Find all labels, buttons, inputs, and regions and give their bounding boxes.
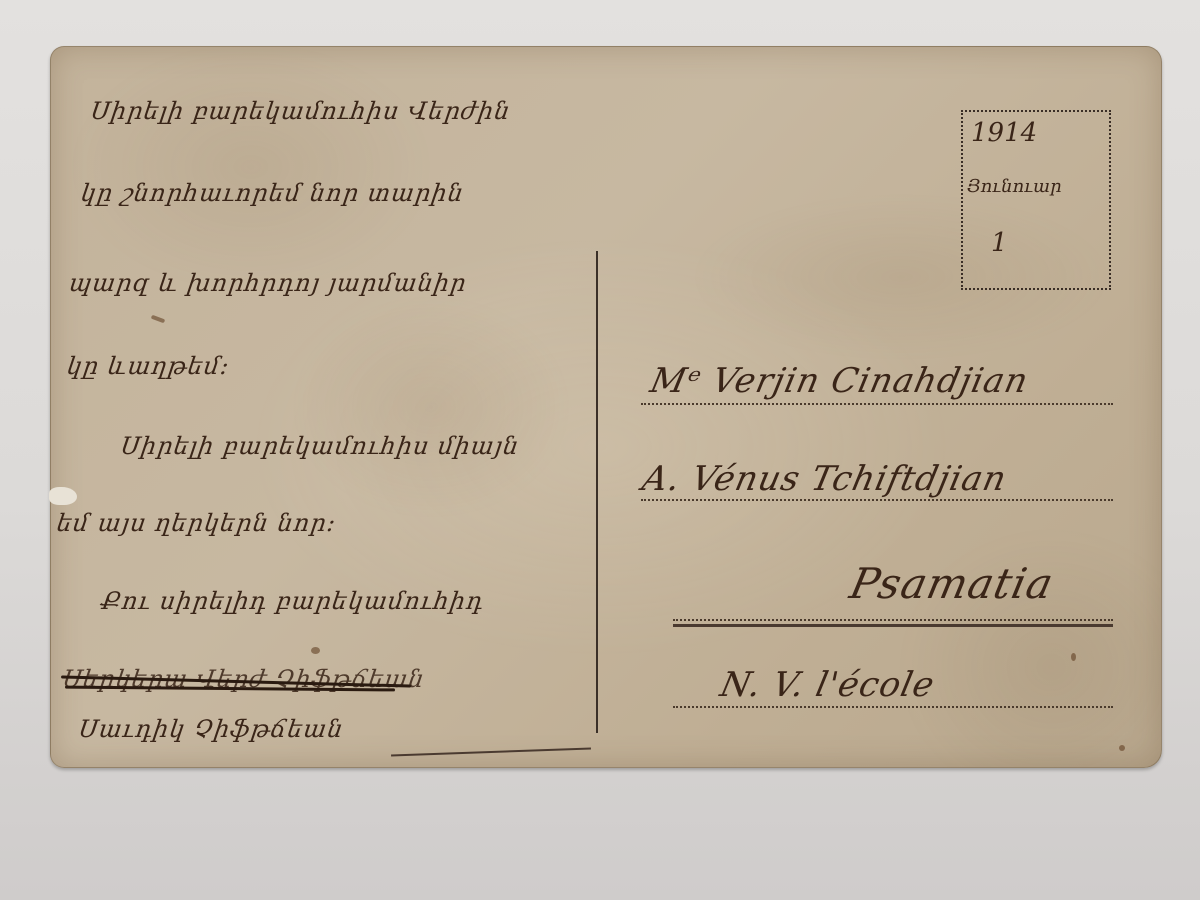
address-line-rule [673, 619, 1113, 621]
address-line-2: A. Vénus Tchiftdjian [639, 459, 1011, 499]
message-line: կը շնորհաւորեմ նոր տարին [79, 179, 466, 207]
year: 1914 [971, 118, 1037, 148]
vertical-divider [596, 251, 598, 733]
address-line-4: N. V. l'école [717, 665, 939, 705]
message-line: Սիրելի բարեկամուհիս Վերժին [89, 97, 513, 125]
day: 1 [991, 228, 1008, 258]
address-line-rule [641, 499, 1113, 501]
signature-underline [391, 748, 591, 757]
address-line-3: Psamatia [846, 559, 1058, 608]
ink-stain [311, 647, 320, 654]
message-line: եմ այս ղերկերն նոր: [55, 509, 338, 537]
postcard: Սիրելի բարեկամուհիս Վերժին կը շնորհաւորե… [50, 46, 1162, 768]
torn-edge [49, 487, 77, 505]
message-line: Սիրելի բարեկամուհիս միայն [119, 432, 521, 460]
address-line-1: Mᵉ Verjin Cinahdjian [647, 361, 1033, 401]
stamp-box: 1914 Յունուար 1 [961, 110, 1111, 290]
city-underline [673, 624, 1113, 627]
ink-stain [1119, 745, 1125, 751]
address-line-rule [673, 706, 1113, 708]
message-line: Քու սիրելիդ բարեկամուհիդ [99, 587, 486, 615]
message-line: պարզ և խորհրդոյ յարմանիր [67, 269, 469, 297]
signature: Սաւդիկ Չիֆթճեան [77, 715, 346, 743]
message-line: կը ևաղթեմ: [65, 352, 231, 380]
ink-stain [1071, 653, 1076, 661]
address-line-rule [641, 403, 1113, 405]
month: Յունուար [967, 176, 1062, 197]
ink-stain [151, 315, 166, 324]
